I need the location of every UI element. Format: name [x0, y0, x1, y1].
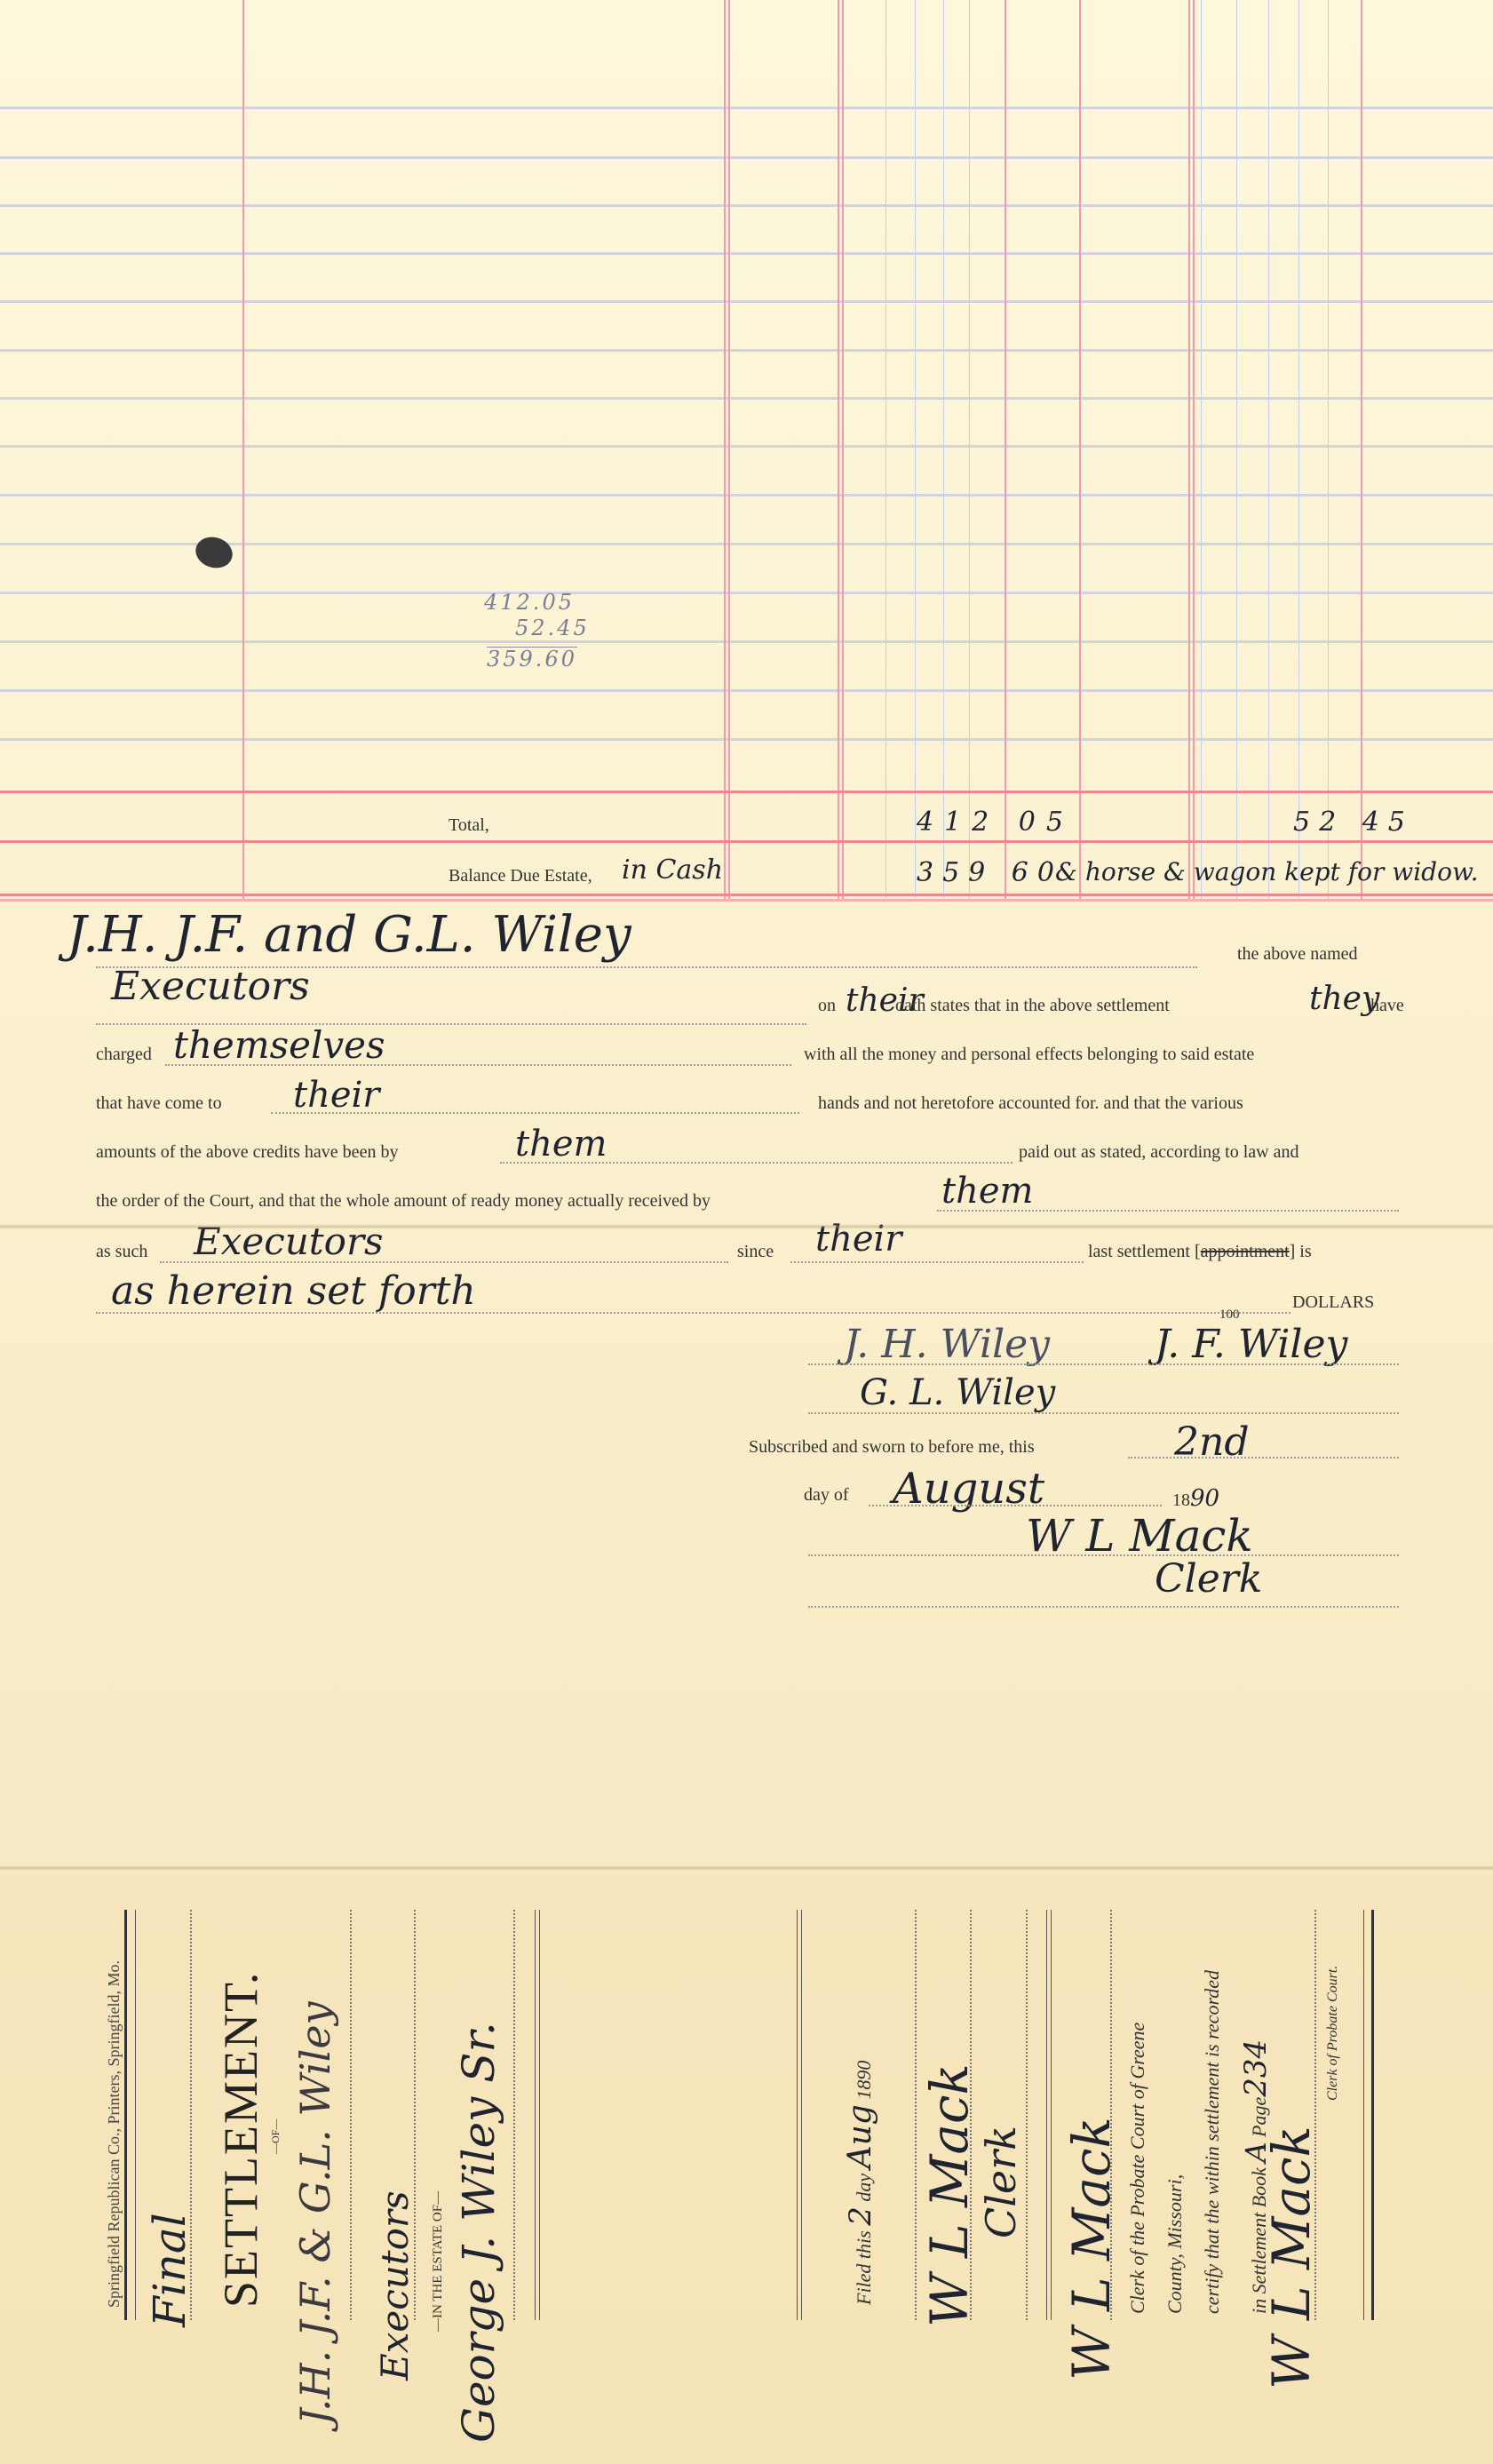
above-named: the above named	[1237, 944, 1358, 965]
clerk-of-probate-court: Clerk of Probate Court.	[1325, 1966, 1341, 2101]
deceased-name: George J. Wiley Sr.	[453, 2022, 504, 2443]
cert-line-1: Clerk of the Probate Court of Greene	[1126, 2023, 1149, 2314]
balance-hand: in Cash	[622, 854, 723, 886]
their-2: their	[293, 1075, 379, 1116]
money-text: with all the money and personal effects …	[804, 1045, 1254, 1065]
subscribed-text: Subscribed and sworn to before me, this	[749, 1437, 1035, 1458]
balance-note: & horse & wagon kept for widow.	[1055, 857, 1479, 886]
total-rule-top	[0, 791, 1493, 793]
pencil-calc-3: 359.60	[487, 647, 577, 671]
executor-names: J.H. J.F. and G.L. Wiley	[67, 906, 631, 964]
year: 1890	[1172, 1485, 1219, 1512]
them-1: them	[515, 1124, 607, 1164]
role-executors: Executors	[111, 964, 310, 1009]
balance-amount: 359 60	[917, 857, 1063, 888]
as-such-text: as such	[96, 1242, 147, 1262]
signature-gl: G. L. Wiley	[860, 1372, 1055, 1413]
total-credits: 52 45	[1293, 807, 1414, 838]
total-rule-bottom	[0, 894, 1493, 896]
fold-crease	[0, 1865, 1493, 1871]
pencil-calc-1: 412.05	[484, 591, 575, 614]
they-hand: they	[1309, 981, 1379, 1017]
last-settlement: last settlement [appointment] is	[1088, 1242, 1312, 1262]
since-text: since	[737, 1242, 774, 1262]
printer-credit: Springfield Republican Co., Printers, Sp…	[105, 1960, 123, 2308]
balance-label: Balance Due Estate,	[449, 866, 592, 886]
order-text: the order of the Court, and that the who…	[96, 1191, 711, 1212]
hands-text: hands and not heretofore accounted for. …	[818, 1093, 1243, 1114]
oath-text: oath states that in the above settlement	[895, 996, 1170, 1016]
total-label: Total,	[449, 815, 489, 836]
final-hand: Final	[144, 2213, 195, 2327]
as-herein: as herein set forth	[111, 1268, 476, 1314]
dollars-label: DOLLARS	[1292, 1292, 1374, 1313]
of-label: —OF—	[269, 2119, 282, 2154]
amounts-text: amounts of the above credits have been b…	[96, 1142, 398, 1163]
cert-signature-2: W L Mack	[1261, 2126, 1322, 2389]
paid-text: paid out as stated, according to law and	[1019, 1142, 1298, 1163]
docket-executors: Executors	[373, 2190, 417, 2381]
cents-100: 100	[1219, 1308, 1240, 1323]
filed-line: Filed this 2 day Aug 1890	[842, 2061, 878, 2305]
cert-line-3: certify that the within settlement is re…	[1201, 1970, 1224, 2314]
day-of-text: day of	[804, 1485, 849, 1506]
settlement-title: SETTLEMENT.	[213, 1971, 268, 2308]
that-have-come: that have come to	[96, 1093, 222, 1114]
total-rule-mid	[0, 840, 1493, 843]
signature-jf: J. F. Wiley	[1155, 1322, 1347, 1367]
signature-jh: J. H. Wiley	[844, 1322, 1050, 1367]
themselves-hand: themselves	[173, 1023, 385, 1067]
docket: Springfield Republican Co., Printers, Sp…	[89, 1901, 1403, 2464]
docket-executor-names: J.H. J.F. & G.L. Wiley	[291, 2001, 339, 2425]
in-estate-of: —IN THE ESTATE OF—	[431, 2191, 446, 2332]
them-2: them	[941, 1171, 1033, 1212]
on-text: on	[818, 996, 836, 1016]
have-text: have	[1370, 996, 1404, 1016]
cert-line-2: County, Missouri,	[1163, 2174, 1187, 2314]
charged-text: charged	[96, 1045, 152, 1065]
clerk-title: Clerk	[1155, 1556, 1262, 1602]
pencil-calc-2: 52.45	[515, 616, 590, 640]
fold-crease	[0, 1224, 1493, 1229]
cert-signature: W L Mack	[1061, 2117, 1122, 2381]
filed-clerk-title: Clerk	[977, 2126, 1025, 2238]
total-debits: 412 05	[917, 807, 1074, 838]
